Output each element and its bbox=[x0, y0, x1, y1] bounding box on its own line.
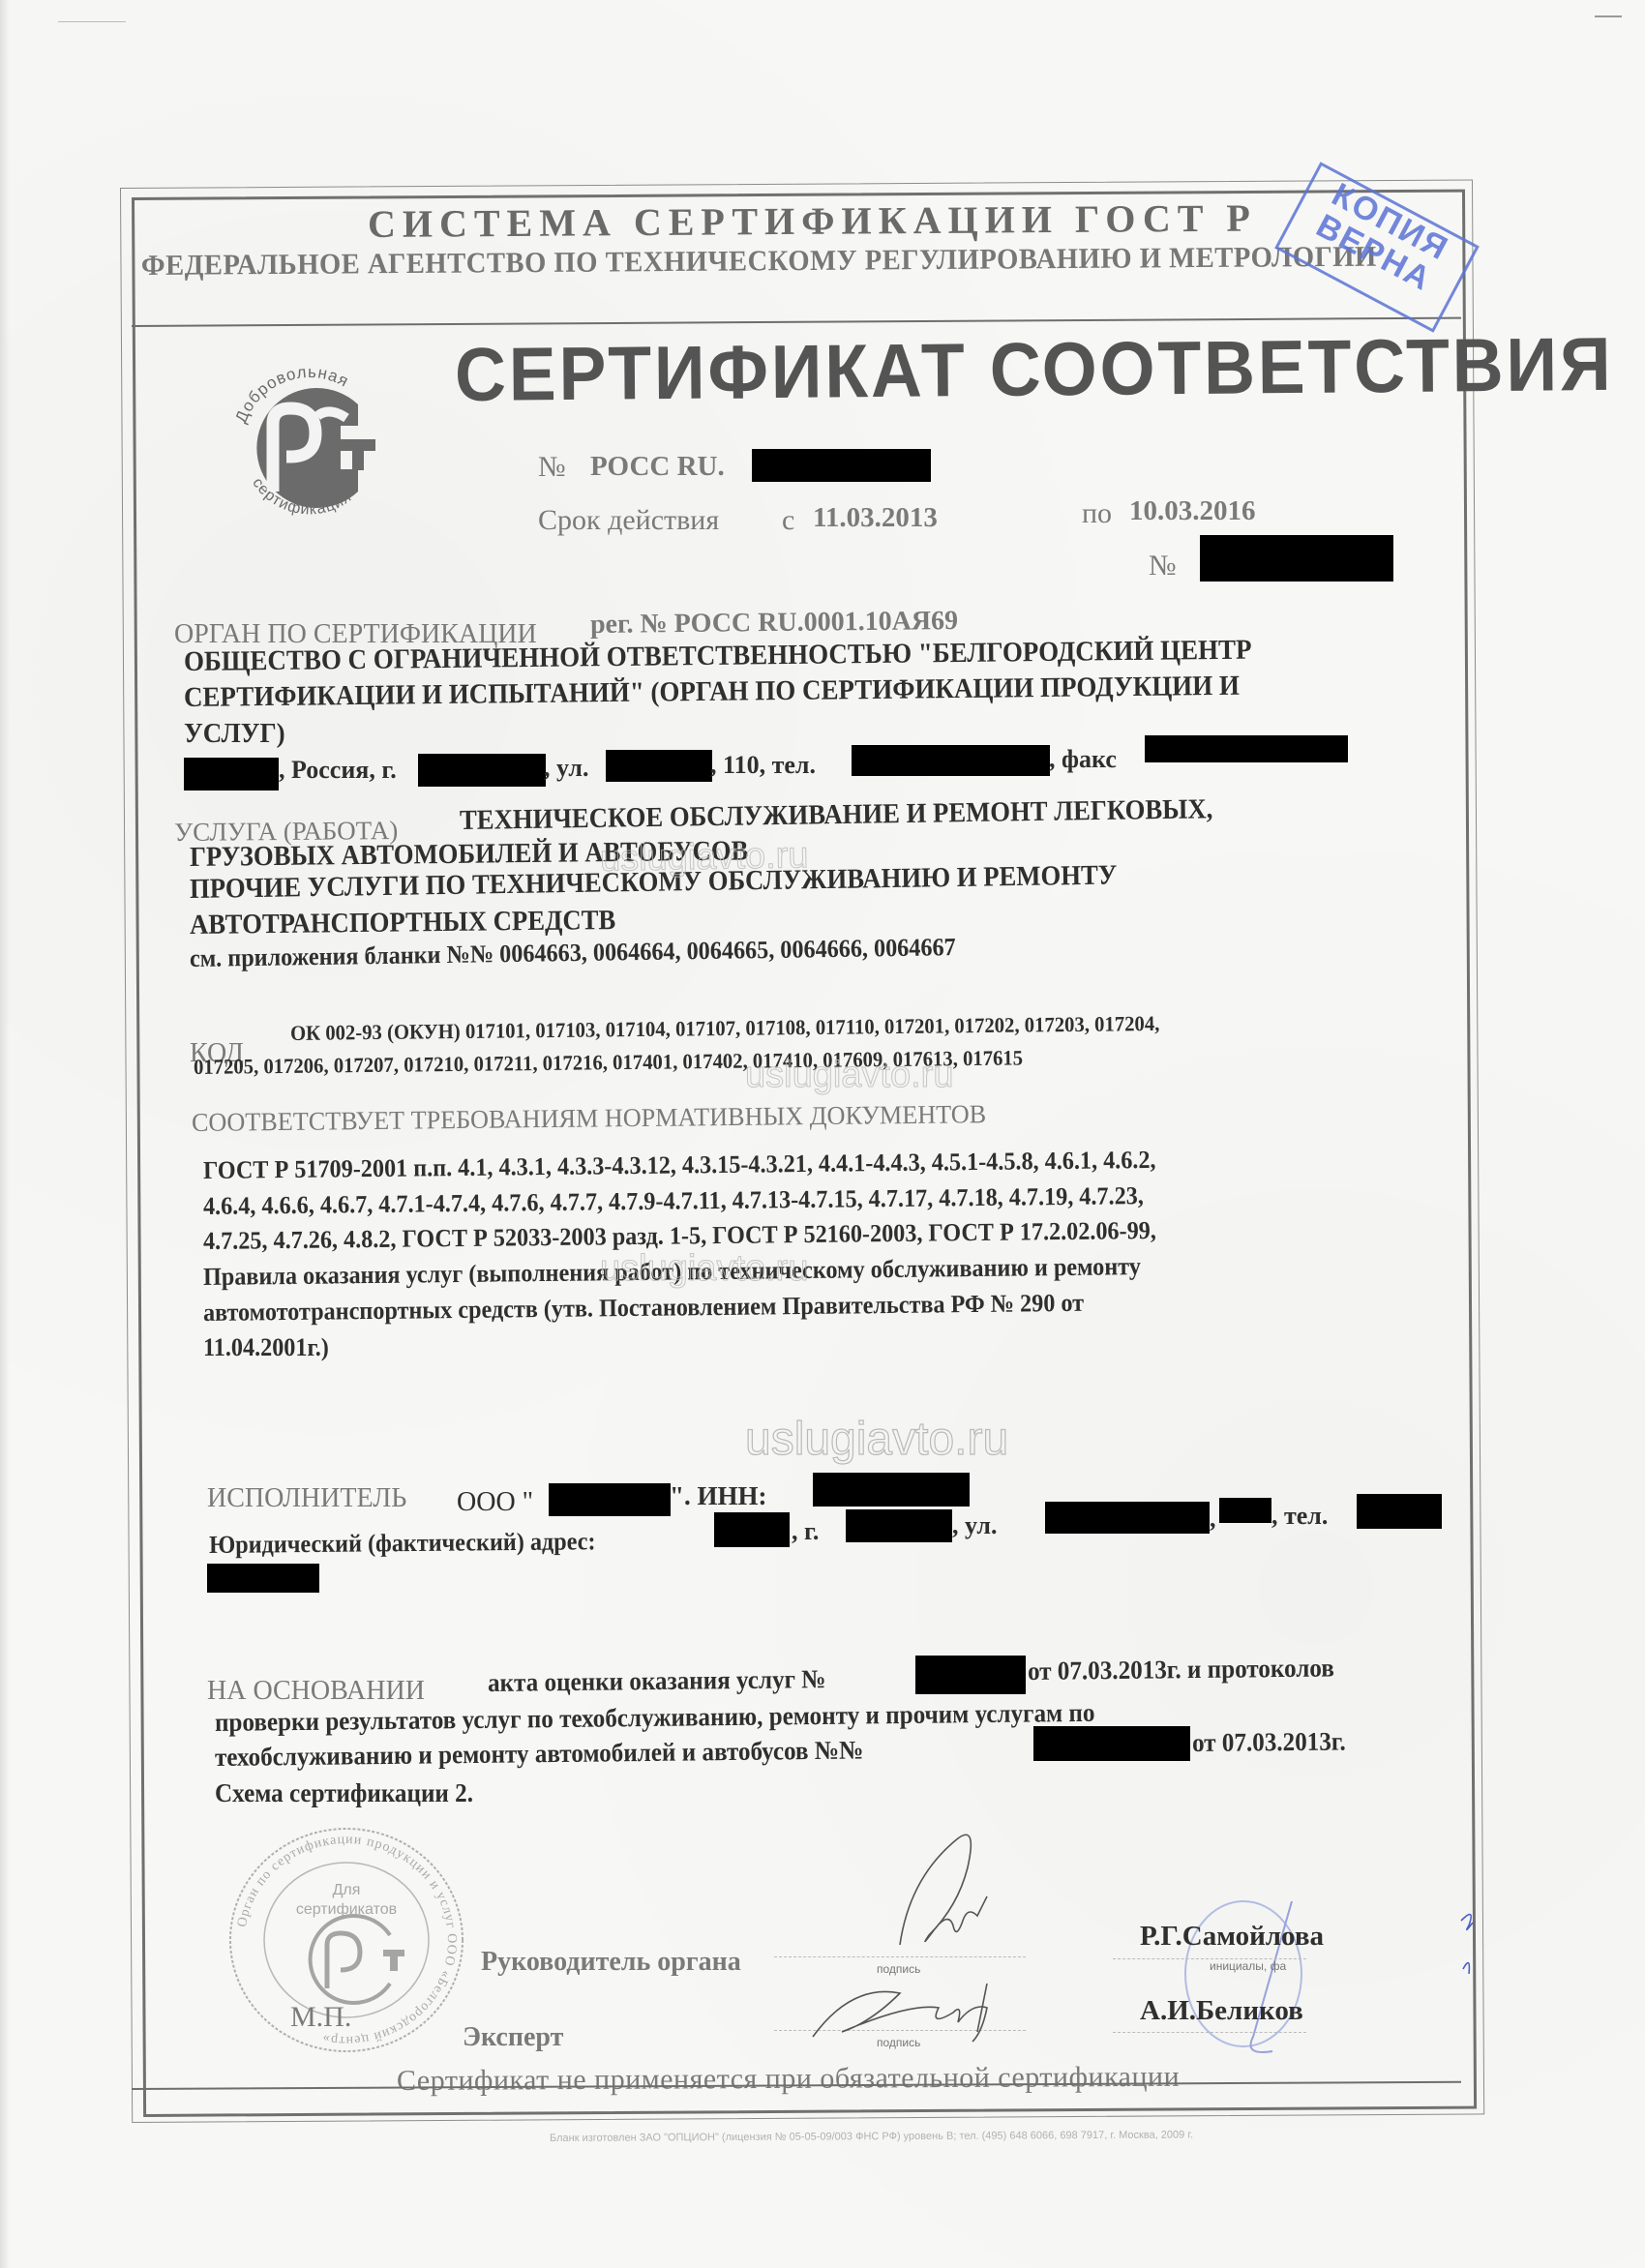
contractor-inn-label: ". ИНН: bbox=[670, 1481, 767, 1511]
address-country: , Россия, г. bbox=[279, 756, 397, 785]
valid-from-date: 11.03.2013 bbox=[813, 502, 938, 534]
redacted-postcode bbox=[184, 758, 279, 791]
redacted-phone bbox=[852, 745, 1050, 776]
voluntary-notice: Сертификат не применяется при обязательн… bbox=[397, 2061, 1180, 2098]
validity-label: Срок действия bbox=[538, 504, 719, 537]
watermark: uslugiavto.ru bbox=[745, 1413, 1008, 1466]
watermark: uslugiavto.ru bbox=[600, 1248, 808, 1290]
address-street: , ул. bbox=[544, 754, 588, 783]
redacted-street bbox=[606, 750, 712, 782]
cert-body-reg-number: рег. № РОСС RU.0001.10АЯ69 bbox=[590, 606, 958, 641]
contractor-address-label: Юридический (фактический) адрес: bbox=[209, 1527, 596, 1560]
redacted-protocol-numbers bbox=[1033, 1726, 1190, 1761]
contractor-label: ИСПОЛНИТЕЛЬ bbox=[207, 1483, 406, 1514]
address-fax: , факс bbox=[1049, 745, 1117, 774]
number-prefix: РОСС RU. bbox=[590, 451, 725, 483]
expert-label: Эксперт bbox=[463, 2022, 563, 2053]
basis-line: от 07.03.2013г. и протоколов bbox=[1028, 1653, 1334, 1686]
initials-caption: инициалы, фа bbox=[1210, 1959, 1286, 1973]
redacted-address-postcode bbox=[714, 1512, 790, 1547]
basis-label: НА ОСНОВАНИИ bbox=[207, 1676, 425, 1707]
redacted-address-street bbox=[1045, 1502, 1210, 1534]
blank-number-label: № bbox=[1149, 550, 1177, 582]
redacted-city bbox=[418, 754, 546, 787]
from-label: с bbox=[782, 504, 794, 537]
address-house: , 110, тел. bbox=[710, 751, 816, 780]
expert-name: А.И.Беликов bbox=[1140, 1995, 1303, 2027]
scan-mark bbox=[58, 21, 126, 22]
seal-center-text: Для bbox=[333, 1882, 361, 1898]
expert-signature-icon bbox=[793, 1964, 1045, 2051]
redacted-address-house bbox=[1219, 1498, 1271, 1523]
redacted-contractor-phone bbox=[1357, 1494, 1442, 1529]
system-title: СИСТЕМА СЕРТИФИКАЦИИ ГОСТ Р bbox=[368, 195, 1257, 247]
redacted-inn bbox=[813, 1473, 970, 1507]
compliance-line: 11.04.2001г.) bbox=[203, 1333, 329, 1362]
redacted-blank-number bbox=[1200, 535, 1393, 582]
to-label: по bbox=[1082, 497, 1112, 530]
scan-mark bbox=[1595, 15, 1622, 17]
scan-edge bbox=[0, 0, 10, 2268]
contractor-city: , г. bbox=[792, 1517, 819, 1546]
contractor-phone-label: , тел. bbox=[1271, 1502, 1328, 1531]
service-line: АВТОТРАНСПОРТНЫХ СРЕДСТВ bbox=[190, 905, 616, 941]
document-title: СЕРТИФИКАТ СООТВЕТСТВИЯ bbox=[455, 320, 1614, 419]
redacted-address-city bbox=[846, 1509, 952, 1542]
watermark: uslugiavto.ru bbox=[600, 835, 809, 880]
basis-line: акта оценки оказания услуг № bbox=[488, 1664, 826, 1698]
expert-name-line bbox=[1113, 2032, 1306, 2033]
voluntary-certification-logo-icon: Добровольная сертификация bbox=[213, 348, 406, 542]
cert-body-line: УСЛУГ) bbox=[184, 718, 285, 750]
contractor-org-prefix: ООО " bbox=[457, 1487, 533, 1518]
contractor-sep: , bbox=[1210, 1505, 1216, 1534]
certification-scheme: Схема сертификации 2. bbox=[215, 1778, 473, 1808]
head-signature-icon bbox=[842, 1829, 1035, 1974]
seal-label: М.П. bbox=[290, 2001, 351, 2034]
number-label: № bbox=[538, 451, 566, 484]
head-name: Р.Г.Самойлова bbox=[1140, 1921, 1324, 1953]
margin-ink-mark-icon bbox=[1451, 1901, 1490, 1979]
redacted-contractor-phone-cont bbox=[207, 1564, 319, 1593]
redacted-cert-number bbox=[752, 449, 931, 482]
basis-line: от 07.03.2013г. bbox=[1192, 1727, 1346, 1758]
redacted-fax bbox=[1145, 735, 1348, 762]
redacted-act-number bbox=[915, 1656, 1026, 1694]
head-label: Руководитель органа bbox=[481, 1947, 741, 1978]
redacted-contractor-name bbox=[549, 1483, 671, 1516]
watermark: uslugiavto.ru bbox=[745, 1055, 953, 1096]
contractor-street: , ул. bbox=[952, 1511, 997, 1540]
valid-to-date: 10.03.2016 bbox=[1129, 495, 1256, 527]
